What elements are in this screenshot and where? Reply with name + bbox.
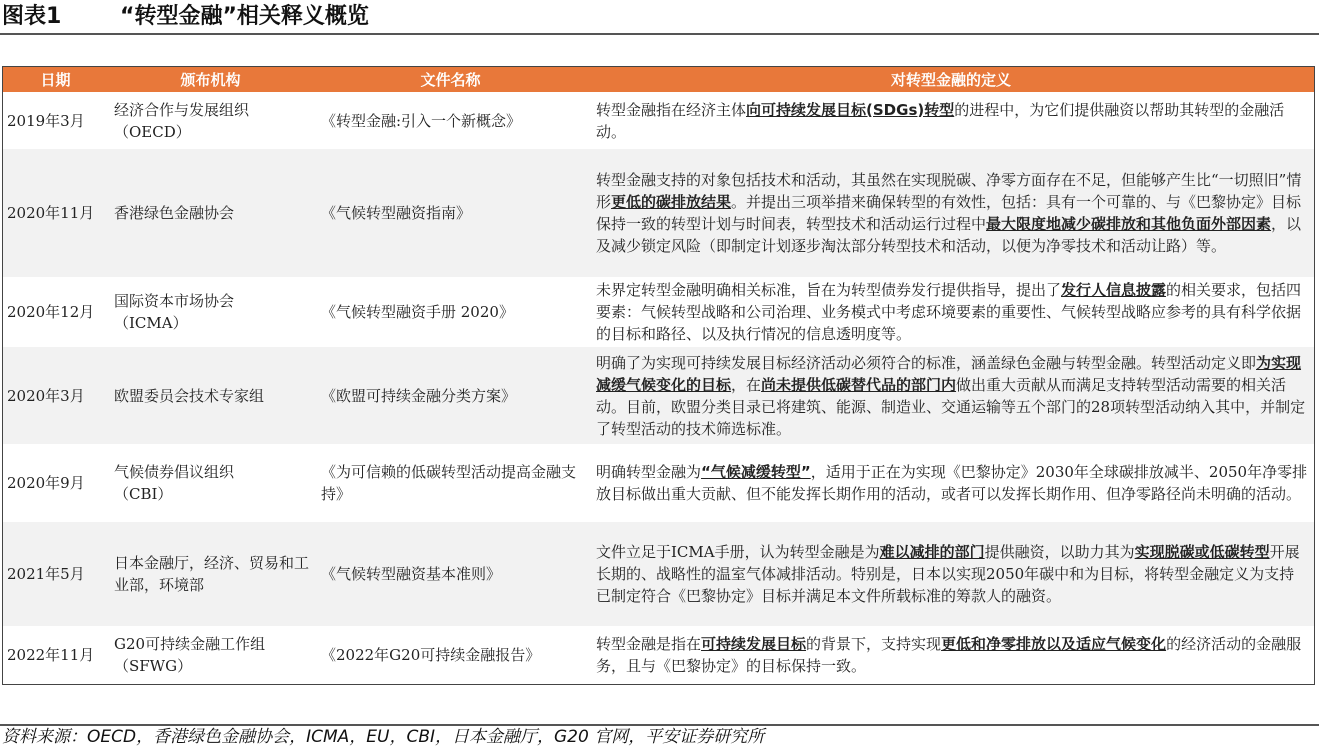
cell-definition: 未界定转型金融明确相关标准，旨在为转型债券发行提供指导，提出了发行人信息披露的相… (588, 277, 1314, 347)
key-phrase: 更低的碳排放结果 (611, 193, 731, 211)
key-phrase: 实现脱碳或低碳转型 (1135, 543, 1270, 561)
table-row: 2020年3月欧盟委员会技术专家组《欧盟可持续金融分类方案》明确了为实现可持续发… (3, 347, 1314, 444)
key-phrase: 尚未提供低碳替代品的部门内 (761, 376, 956, 394)
definition-text: 明确转型金融为 (596, 463, 701, 481)
source-note: 资料来源：OECD，香港绿色金融协会，ICMA，EU，CBI，日本金融厅，G20… (2, 727, 764, 748)
table-row: 2021年5月日本金融厅，经济、贸易和工业部，环境部《气候转型融资基本准则》文件… (3, 522, 1314, 626)
key-phrase: 最大限度地减少碳排放和其他负面外部因素 (986, 215, 1271, 233)
cell-definition: 文件立足于ICMA手册，认为转型金融是为难以减排的部门提供融资，以助力其为实现脱… (588, 522, 1314, 626)
definition-text: 的背景下，支持实现 (806, 635, 941, 653)
cell-date: 2020年12月 (3, 277, 108, 347)
definition-text: 文件立足于ICMA手册，认为转型金融是为 (596, 543, 880, 561)
definition-text: 提供融资，以助力其为 (985, 543, 1135, 561)
cell-org: 气候债券倡议组织 （CBI） (108, 444, 313, 522)
key-phrase: 可持续发展目标 (701, 635, 806, 653)
column-header-definition: 对转型金融的定义 (588, 67, 1314, 92)
column-header-org: 颁布机构 (108, 67, 313, 92)
key-phrase: 向可持续发展目标(SDGs)转型 (746, 101, 954, 119)
cell-date: 2019年3月 (3, 92, 108, 149)
definition-text: ，在 (731, 376, 761, 394)
figure-label: 图表1 (2, 2, 120, 32)
figure-title: 图表1“转型金融”相关释义概览 (2, 2, 1319, 32)
cell-date: 2020年11月 (3, 149, 108, 277)
definitions-table: 日期 颁布机构 文件名称 对转型金融的定义 2019年3月经济合作与发展组织 （… (2, 66, 1315, 685)
table-row: 2022年11月G20可持续金融工作组 （SFWG）《2022年G20可持续金融… (3, 626, 1314, 684)
figure-heading: “转型金融”相关释义概览 (120, 4, 369, 29)
table-row: 2020年11月香港绿色金融协会《气候转型融资指南》转型金融支持的对象包括技术和… (3, 149, 1314, 277)
cell-org: 经济合作与发展组织 （OECD） (108, 92, 313, 149)
cell-doc: 《气候转型融资基本准则》 (313, 522, 588, 626)
cell-doc: 《为可信赖的低碳转型活动提高金融支持》 (313, 444, 588, 522)
table-row: 2020年12月国际资本市场协会 （ICMA）《气候转型融资手册 2020》未界… (3, 277, 1314, 347)
definition-text: 明确了为实现可持续发展目标经济活动必须符合的标准，涵盖绿色金融与转型金融。转型活… (596, 354, 1256, 372)
column-header-date: 日期 (3, 67, 108, 92)
cell-org: 欧盟委员会技术专家组 (108, 347, 313, 444)
cell-date: 2020年9月 (3, 444, 108, 522)
cell-date: 2020年3月 (3, 347, 108, 444)
key-phrase: 难以减排的部门 (880, 543, 985, 561)
cell-org: 国际资本市场协会 （ICMA） (108, 277, 313, 347)
cell-date: 2021年5月 (3, 522, 108, 626)
cell-definition: 转型金融支持的对象包括技术和活动，其虽然在实现脱碳、净零方面存在不足，但能够产生… (588, 149, 1314, 277)
source-divider (0, 724, 1319, 726)
cell-date: 2022年11月 (3, 626, 108, 684)
definition-text: 未界定转型金融明确相关标准，旨在为转型债券发行提供指导，提出了 (596, 281, 1061, 299)
cell-org: 香港绿色金融协会 (108, 149, 313, 277)
cell-doc: 《2022年G20可持续金融报告》 (313, 626, 588, 684)
key-phrase: 更低和净零排放以及适应气候变化 (941, 635, 1166, 653)
cell-definition: 明确了为实现可持续发展目标经济活动必须符合的标准，涵盖绿色金融与转型金融。转型活… (588, 347, 1314, 444)
key-phrase: 发行人信息披露 (1061, 281, 1166, 299)
cell-definition: 明确转型金融为“气候减缓转型”，适用于正在为实现《巴黎协定》2030年全球碳排放… (588, 444, 1314, 522)
cell-definition: 转型金融是指在可持续发展目标的背景下，支持实现更低和净零排放以及适应气候变化的经… (588, 626, 1314, 684)
table-row: 2020年9月气候债券倡议组织 （CBI）《为可信赖的低碳转型活动提高金融支持》… (3, 444, 1314, 522)
table-header-row: 日期 颁布机构 文件名称 对转型金融的定义 (3, 67, 1314, 92)
definition-text: 转型金融指在经济主体 (596, 101, 746, 119)
key-phrase: “气候减缓转型” (701, 463, 811, 481)
title-divider (0, 33, 1319, 35)
cell-definition: 转型金融指在经济主体向可持续发展目标(SDGs)转型的进程中，为它们提供融资以帮… (588, 92, 1314, 149)
cell-org: 日本金融厅，经济、贸易和工业部，环境部 (108, 522, 313, 626)
cell-org: G20可持续金融工作组 （SFWG） (108, 626, 313, 684)
cell-doc: 《转型金融:引入一个新概念》 (313, 92, 588, 149)
cell-doc: 《气候转型融资手册 2020》 (313, 277, 588, 347)
definition-text: 转型金融是指在 (596, 635, 701, 653)
table-row: 2019年3月经济合作与发展组织 （OECD）《转型金融:引入一个新概念》转型金… (3, 92, 1314, 149)
column-header-doc: 文件名称 (313, 67, 588, 92)
cell-doc: 《欧盟可持续金融分类方案》 (313, 347, 588, 444)
cell-doc: 《气候转型融资指南》 (313, 149, 588, 277)
